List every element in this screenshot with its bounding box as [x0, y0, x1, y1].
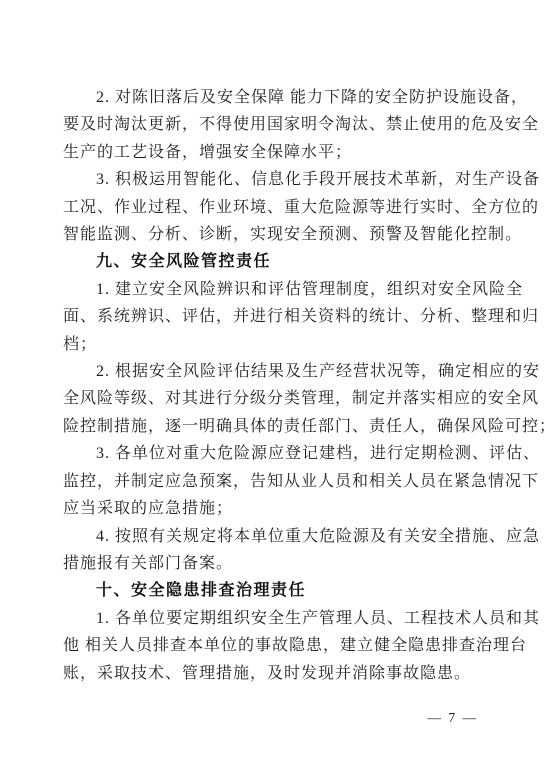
paragraph-line: 措施报有关部门备案。: [63, 550, 483, 577]
paragraph-line: 生产的工艺设备，增强安全保障水平；: [63, 139, 483, 166]
paragraph-line: 档；: [63, 331, 483, 358]
paragraph-line: 3. 各单位对重大危险源应登记建档，进行定期检测、评估、: [63, 440, 483, 467]
paragraph-line: 3. 积极运用智能化、信息化手段开展技术革新，对生产设备: [63, 166, 483, 193]
paragraph-line: 全风险等级、对其进行分级分类管理，制定并落实相应的安全风: [63, 385, 483, 412]
paragraph-line: 智能监测、分析、诊断，实现安全预测、预警及智能化控制。: [63, 221, 483, 248]
paragraph-line: 监控，并制定应急预案，告知从业人员和相关人员在紧急情况下: [63, 468, 483, 495]
paragraph-line: 应当采取的应急措施；: [63, 495, 483, 522]
paragraph-line: 4. 按照有关规定将本单位重大危险源及有关安全措施、应急: [63, 523, 483, 550]
section-heading-line: 九、安全风险管控责任: [63, 248, 483, 275]
paragraph-line: 面、系统辨识、评估，并进行相关资料的统计、分析、整理和归: [63, 303, 483, 330]
paragraph-line: 要及时淘汰更新，不得使用国家明令淘汰、禁止使用的危及安全: [63, 111, 483, 138]
paragraph-line: 险控制措施，逐一明确具体的责任部门、责任人，确保风险可控；: [63, 413, 483, 440]
paragraph-line: 账，采取技术、管理措施，及时发现并消除事故隐患。: [63, 660, 483, 687]
paragraph-line: 2. 根据安全风险评估结果及生产经营状况等，确定相应的安: [63, 358, 483, 385]
section-heading-line: 十、安全隐患排查治理责任: [63, 577, 483, 604]
document-body: 2. 对陈旧落后及安全保障 能力下降的安全防护设施设备，要及时淘汰更新，不得使用…: [63, 84, 483, 687]
page-number: — 7 —: [428, 710, 479, 726]
document-page: 2. 对陈旧落后及安全保障 能力下降的安全防护设施设备，要及时淘汰更新，不得使用…: [0, 0, 546, 773]
paragraph-line: 2. 对陈旧落后及安全保障 能力下降的安全防护设施设备，: [63, 84, 483, 111]
paragraph-line: 1. 建立安全风险辨识和评估管理制度，组织对安全风险全: [63, 276, 483, 303]
paragraph-line: 他 相关人员排查本单位的事故隐患，建立健全隐患排查治理台: [63, 632, 483, 659]
paragraph-line: 1. 各单位要定期组织安全生产管理人员、工程技术人员和其: [63, 605, 483, 632]
paragraph-line: 工况、作业过程、作业环境、重大危险源等进行实时、全方位的: [63, 194, 483, 221]
